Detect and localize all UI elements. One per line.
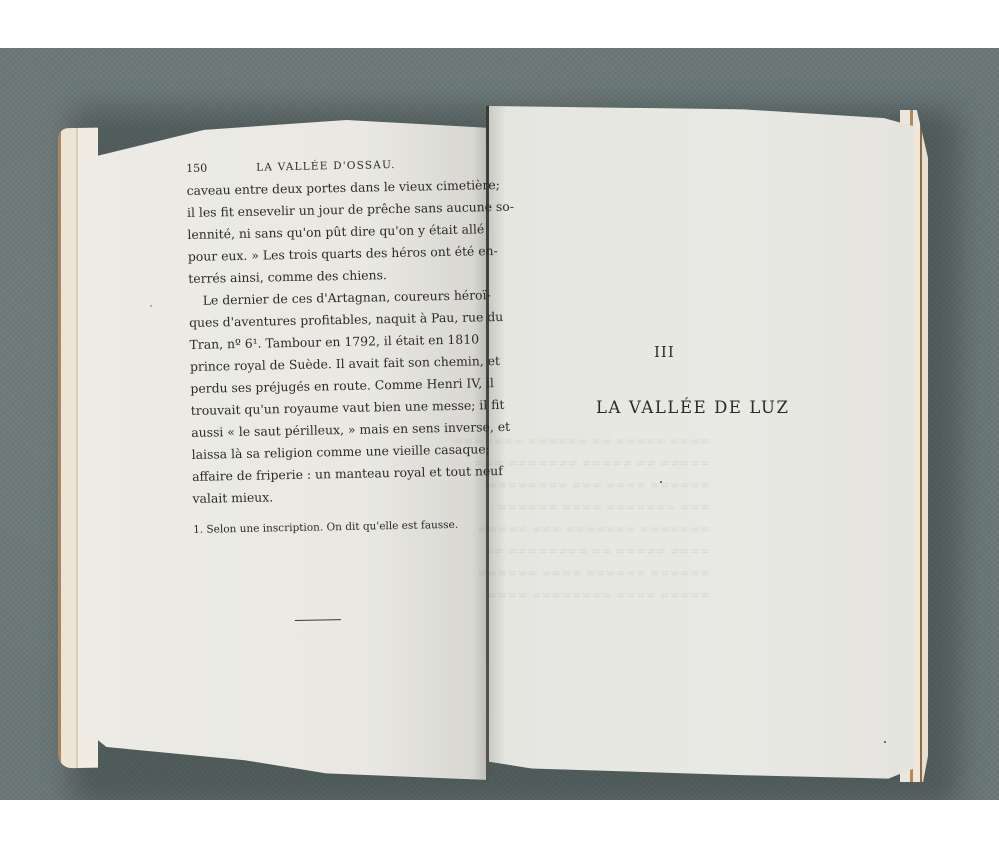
running-head: 150 LA VALLÉE D'OSSAU. [186, 153, 452, 178]
running-head-title: LA VALLÉE D'OSSAU. [256, 154, 396, 179]
paper-speck [150, 305, 152, 307]
paper-speck [884, 741, 886, 743]
paragraph-1: caveau entre deux portes dans le vieux c… [186, 175, 454, 290]
chapter-title: LA VALLÉE DE LUZ [596, 398, 790, 417]
footnote: 1. Selon une inscription. On dit qu'elle… [193, 517, 459, 538]
paragraph-2: Le dernier de ces d'Artagnan, coureurs h… [189, 285, 459, 510]
text-line: valait mieux. [192, 483, 458, 510]
page-number: 150 [186, 157, 256, 180]
paper-speck [660, 481, 662, 483]
left-page-text: 150 LA VALLÉE D'OSSAU. caveau entre deux… [186, 153, 461, 623]
chapter-number: III [654, 343, 675, 361]
